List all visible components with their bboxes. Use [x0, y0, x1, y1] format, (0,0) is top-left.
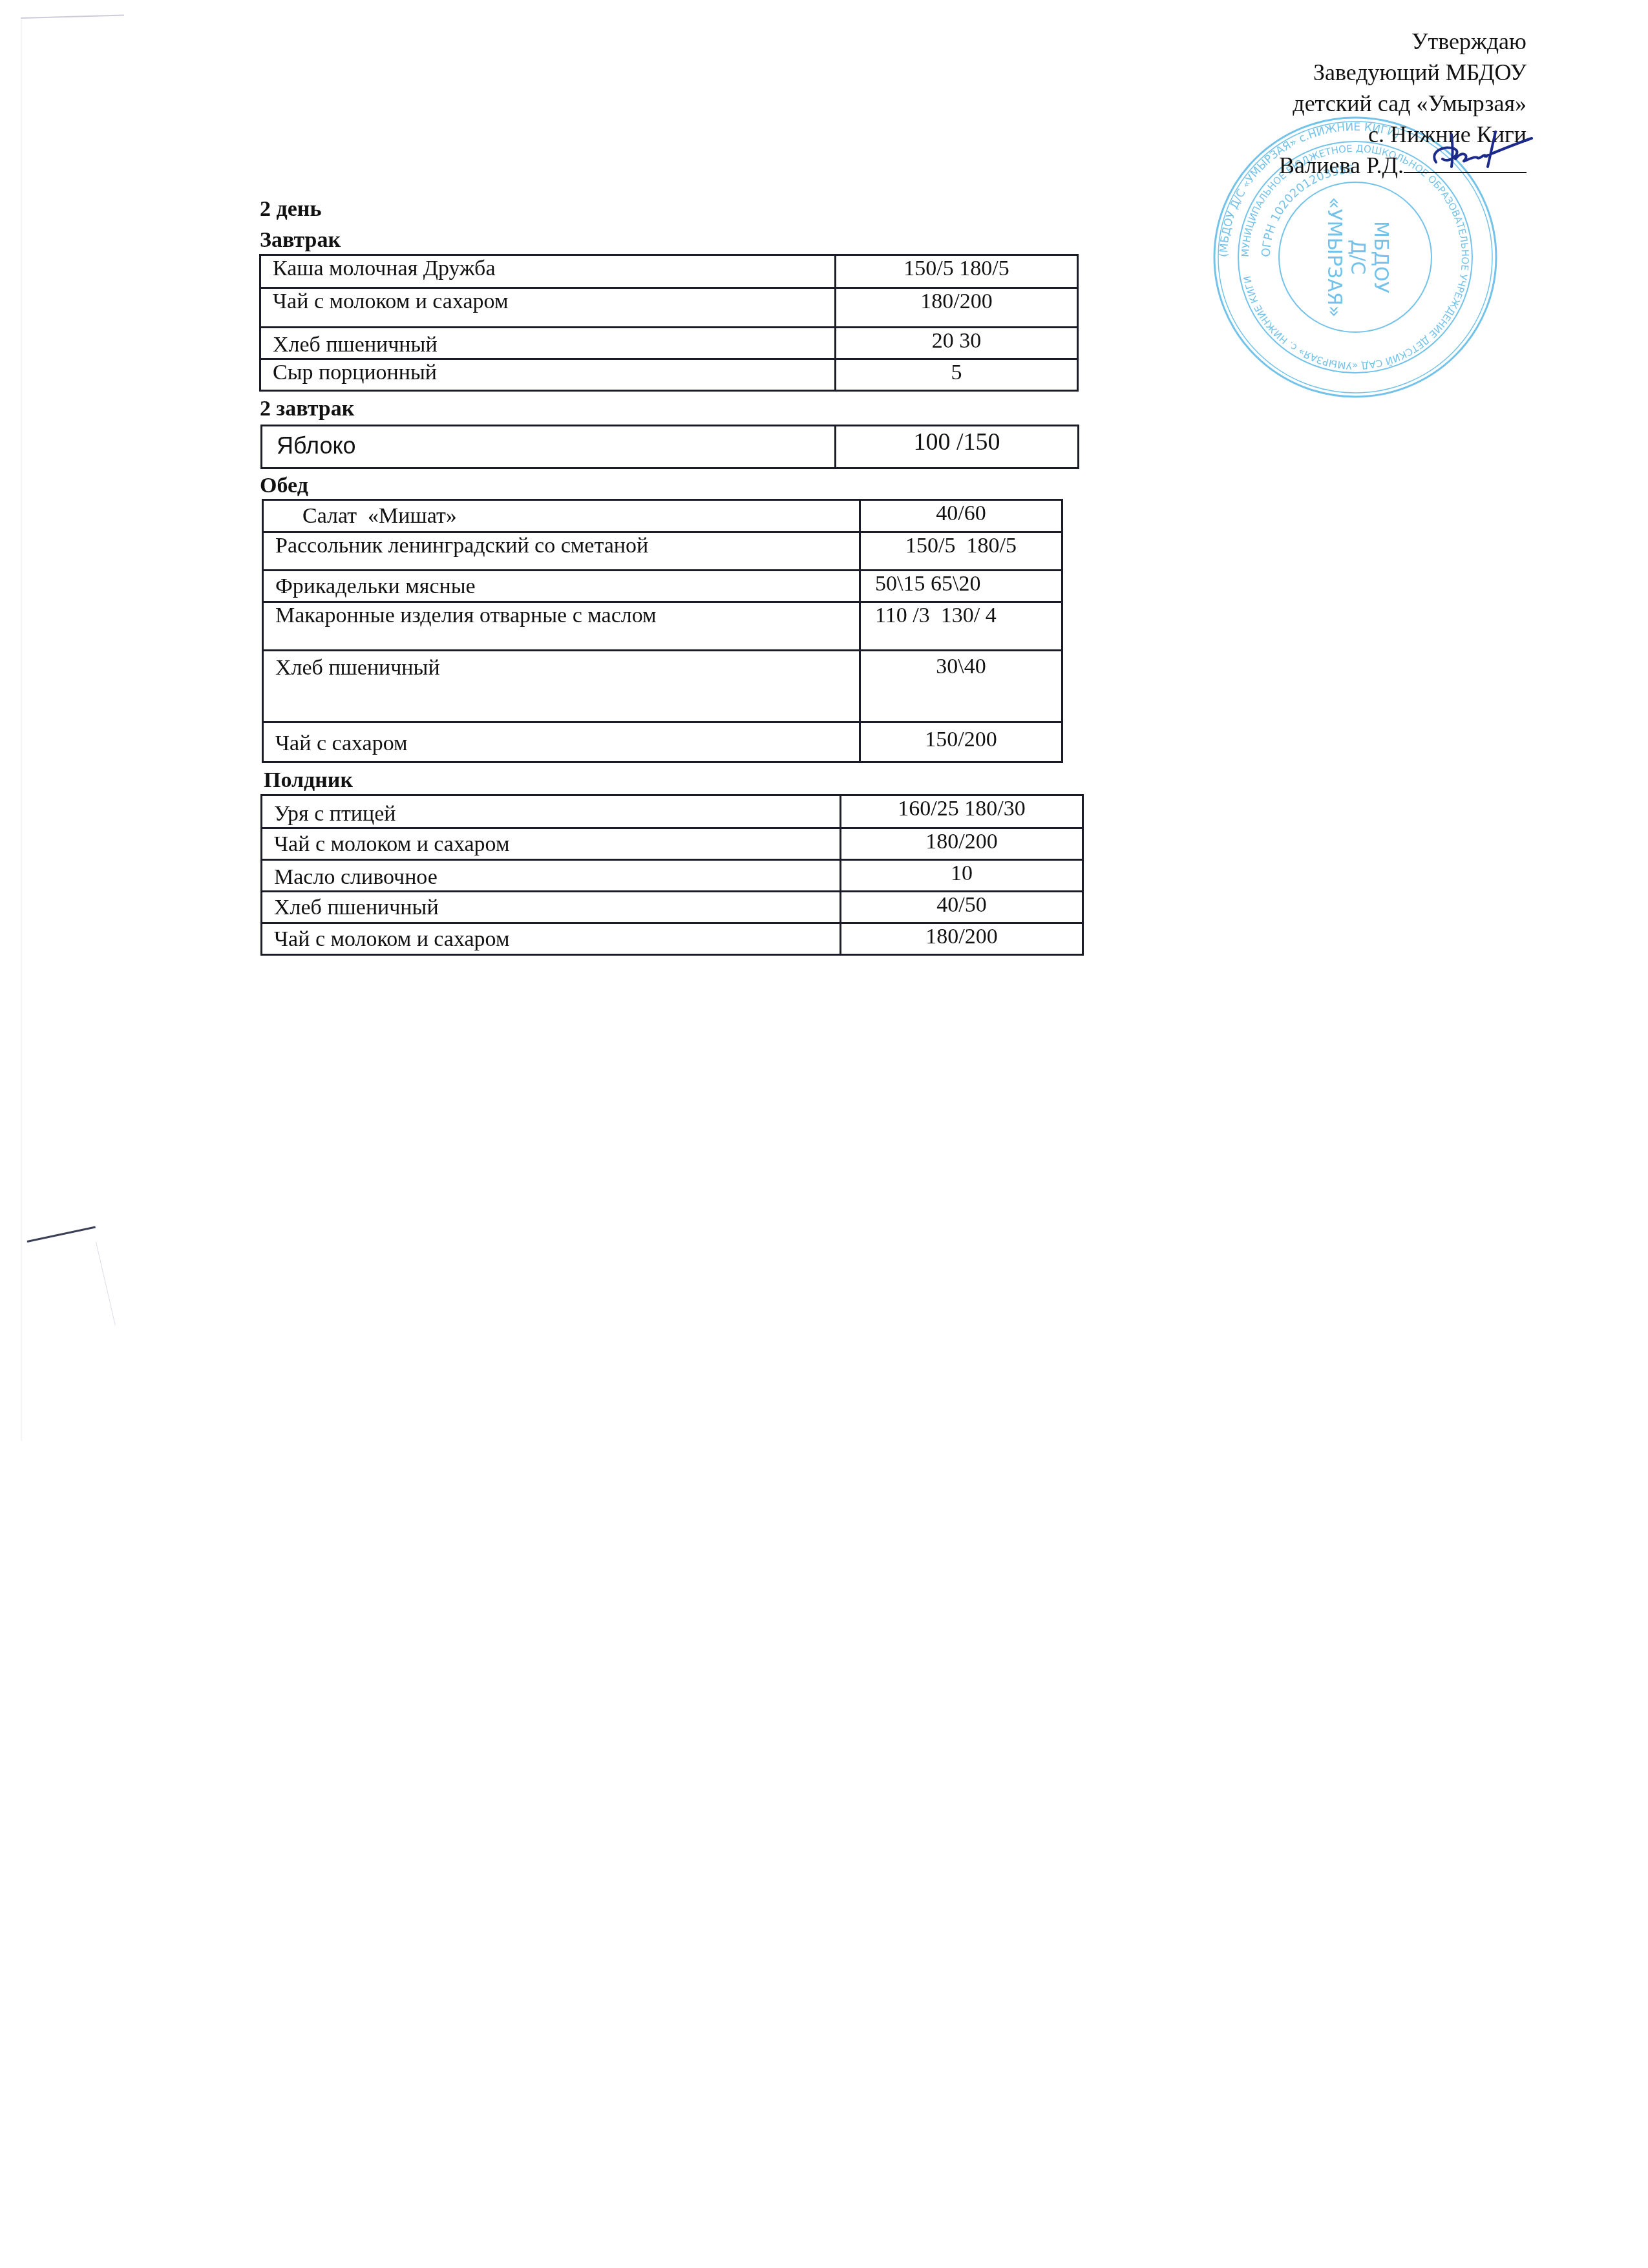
portion: 110 /3 130/ 4 [860, 602, 1062, 651]
portion: 150/5 180/5 [860, 532, 1062, 571]
signature-line [1404, 152, 1527, 173]
portion: 180/200 [841, 923, 1083, 955]
portion: 40/60 [860, 500, 1062, 532]
scan-edge-line [21, 15, 124, 19]
table-row: Масло сливочное 10 [262, 860, 1083, 892]
section-title-lunch: Обед [260, 473, 308, 499]
portion: 180/200 [836, 288, 1078, 328]
dish-name: Чай с молоком и сахаром [260, 288, 836, 328]
table-row: Чай с молоком и сахаром 180/200 [262, 828, 1083, 860]
table-row: Хлеб пшеничный 40/50 [262, 892, 1083, 923]
portion: 50\15 65\20 [860, 571, 1062, 602]
table-row: Чай с молоком и сахаром 180/200 [260, 288, 1078, 328]
approval-line: Утверждаю [1279, 26, 1527, 57]
table-row: Рассольник ленинградский со сметаной 150… [263, 532, 1062, 571]
snack-table: Уря с птицей 160/25 180/30 Чай с молоком… [260, 794, 1084, 956]
table-row: Каша молочная Дружба 150/5 180/5 [260, 255, 1078, 288]
dish-name: Чай с сахаром [263, 722, 860, 762]
table-row: Яблоко 100 /150 [262, 426, 1079, 468]
portion: 150/5 180/5 [836, 255, 1078, 288]
portion: 10 [841, 860, 1083, 892]
section-title-second-breakfast: 2 завтрак [260, 396, 354, 422]
table-row: Хлеб пшеничный 20 30 [260, 328, 1078, 359]
dish-name: Хлеб пшеничный [263, 651, 860, 722]
stamp-center-line: Д/С [1346, 240, 1369, 275]
dish-name: Хлеб пшеничный [262, 892, 841, 923]
scan-fold-mark [96, 1242, 116, 1325]
table-row: Уря с птицей 160/25 180/30 [262, 795, 1083, 828]
dish-name: Хлеб пшеничный [260, 328, 836, 359]
dish-name: Рассольник ленинградский со сметаной [263, 532, 860, 571]
dish-name: Чай с молоком и сахаром [262, 923, 841, 955]
approval-line: Заведующий МБДОУ [1279, 57, 1527, 88]
scan-edge-line [21, 19, 22, 1441]
table-row: Салат «Мишат» 40/60 [263, 500, 1062, 532]
signature-icon [1423, 127, 1533, 172]
dish-name: Фрикадельки мясные [263, 571, 860, 602]
dish-name: Яблоко [262, 426, 836, 468]
table-row: Сыр порционный 5 [260, 359, 1078, 391]
section-title-breakfast: Завтрак [260, 227, 341, 253]
stamp-center-line: «УМЫРЗАЯ» [1323, 197, 1346, 317]
approval-block: Утверждаю Заведующий МБДОУ детский сад «… [1279, 26, 1527, 181]
dish-name: Сыр порционный [260, 359, 836, 391]
portion: 30\40 [860, 651, 1062, 722]
day-label: 2 день [260, 196, 321, 222]
table-row: Чай с сахаром 150/200 [263, 722, 1062, 762]
breakfast-table: Каша молочная Дружба 150/5 180/5 Чай с м… [259, 254, 1079, 392]
dish-name: Чай с молоком и сахаром [262, 828, 841, 860]
table-row: Хлеб пшеничный 30\40 [263, 651, 1062, 722]
dish-name: Салат «Мишат» [263, 500, 860, 532]
portion: 150/200 [860, 722, 1062, 762]
portion: 20 30 [836, 328, 1078, 359]
stamp-center-line: МБДОУ [1369, 221, 1392, 293]
portion: 100 /150 [836, 426, 1079, 468]
table-row: Чай с молоком и сахаром 180/200 [262, 923, 1083, 955]
dish-name: Каша молочная Дружба [260, 255, 836, 288]
lunch-table: Салат «Мишат» 40/60 Рассольник ленинград… [262, 499, 1063, 763]
dish-name: Макаронные изделия отварные с маслом [263, 602, 860, 651]
signatory-line: Валиева Р.Д. [1279, 150, 1527, 181]
second-breakfast-table: Яблоко 100 /150 [260, 425, 1079, 469]
table-row: Макаронные изделия отварные с маслом 110… [263, 602, 1062, 651]
signatory-name: Валиева Р.Д. [1279, 152, 1404, 178]
portion: 40/50 [841, 892, 1083, 923]
dish-name: Уря с птицей [262, 795, 841, 828]
approval-line: детский сад «Умырзая» [1279, 88, 1527, 119]
dish-name: Масло сливочное [262, 860, 841, 892]
table-row: Фрикадельки мясные 50\15 65\20 [263, 571, 1062, 602]
portion: 5 [836, 359, 1078, 391]
scan-fold-mark [27, 1226, 96, 1243]
section-title-snack: Полдник [264, 768, 353, 793]
portion: 180/200 [841, 828, 1083, 860]
portion: 160/25 180/30 [841, 795, 1083, 828]
